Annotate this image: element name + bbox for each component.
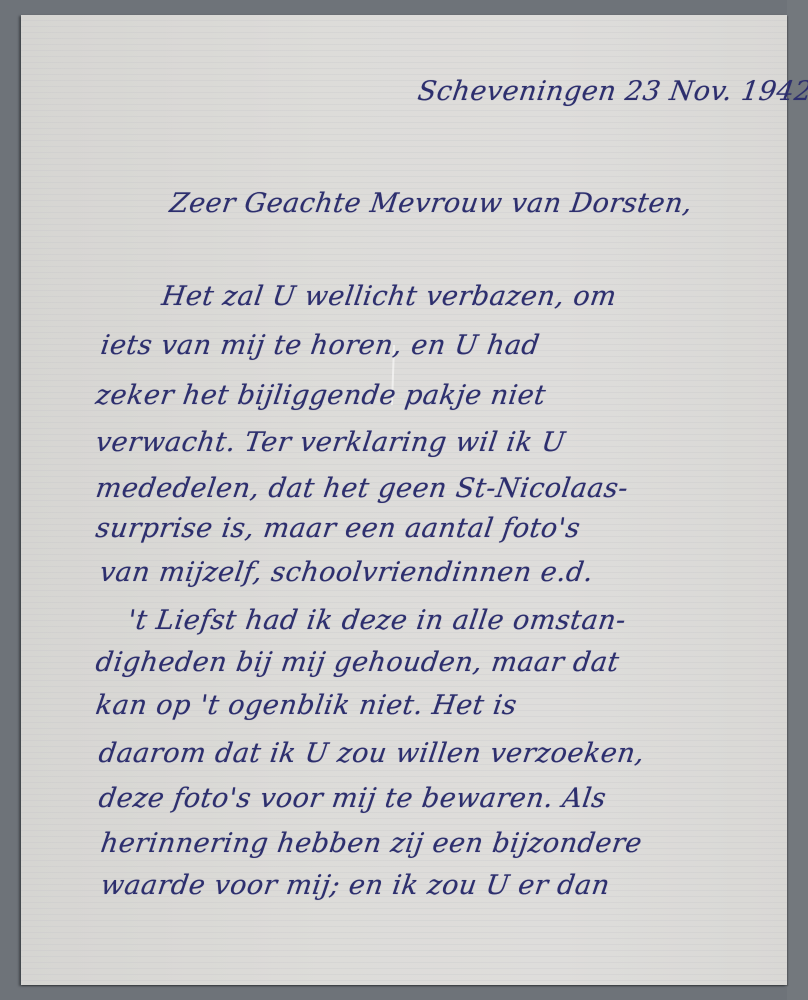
scan-background-right-edge (787, 0, 808, 1000)
letter-body-line: daarom dat ik U zou willen verzoeken, (97, 738, 647, 769)
letter-body-line: waarde voor mij; en ik zou U er dan (99, 870, 612, 901)
letter-body-line: 't Liefst had ik deze in alle omstan- (126, 605, 628, 636)
letter-body-line: Het zal U wellicht verbazen, om (160, 281, 619, 312)
letter-body-line: herinnering hebben zij een bijzondere (99, 828, 644, 859)
letter-place-date: Scheveningen 23 Nov. 1942. (416, 76, 808, 107)
letter-body-line: iets van mij te horen, en U had (99, 330, 542, 361)
letter-salutation: Zeer Geachte Mevrouw van Dorsten, (168, 188, 695, 219)
letter-body-line: surprise is, maar een aantal foto's (94, 513, 583, 544)
letter-body-line: zeker het bijliggende pakje niet (94, 380, 548, 411)
letter-body-line: verwacht. Ter verklaring wil ik U (94, 427, 567, 458)
letter-body-line: mededelen, dat het geen St-Nicolaas- (94, 473, 630, 504)
letter-body-line: digheden bij mij gehouden, maar dat (94, 647, 621, 678)
letter-body-line: deze foto's voor mij te bewaren. Als (97, 783, 608, 814)
letter-body-line: van mijzelf, schoolvriendinnen e.d. (98, 557, 596, 588)
letter-body-line: kan op 't ogenblik niet. Het is (94, 690, 519, 721)
